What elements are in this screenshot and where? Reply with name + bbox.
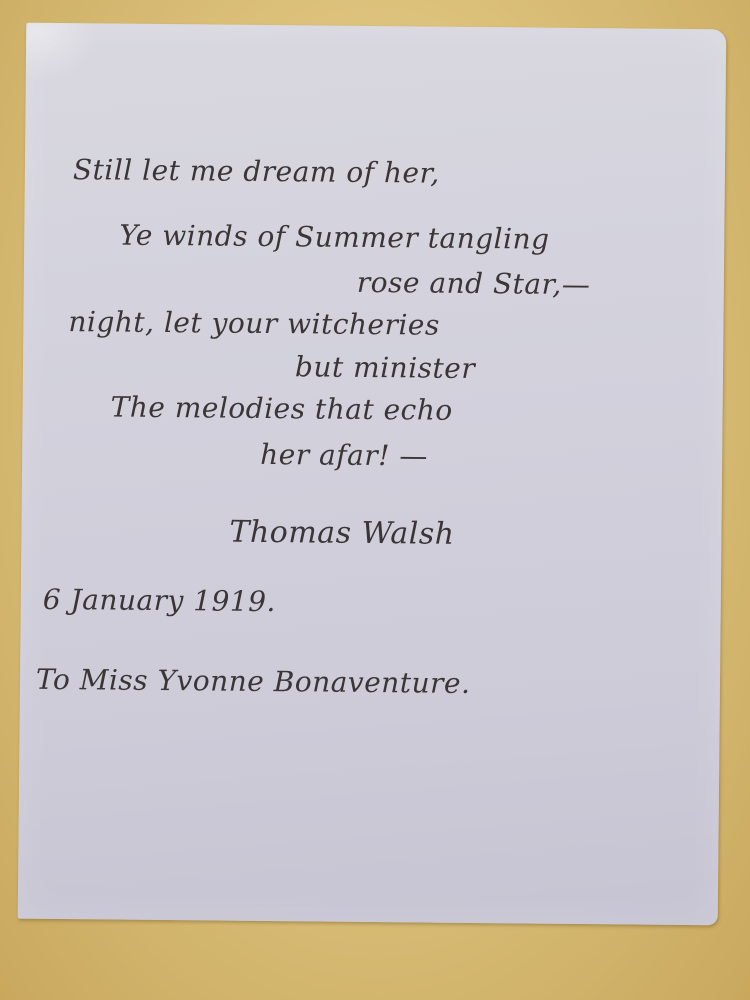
poem-line-2: Ye winds of Summer tangling xyxy=(119,219,550,256)
signature: Thomas Walsh xyxy=(229,515,454,552)
poem-line-6: The melodies that echo xyxy=(110,390,452,426)
poem-line-4: night, let your witcheries xyxy=(68,305,440,342)
poem-line-5: but minister xyxy=(295,350,475,385)
poem-line-3: rose and Star,— xyxy=(357,266,591,301)
date-line: 6 January 1919. xyxy=(43,583,276,618)
letter-paper: Still let me dream of her, Ye winds of S… xyxy=(18,23,727,926)
dedication-line: To Miss Yvonne Bonaventure. xyxy=(36,663,471,700)
poem-line-1: Still let me dream of her, xyxy=(73,153,440,190)
poem-line-7: her afar! — xyxy=(260,438,428,473)
